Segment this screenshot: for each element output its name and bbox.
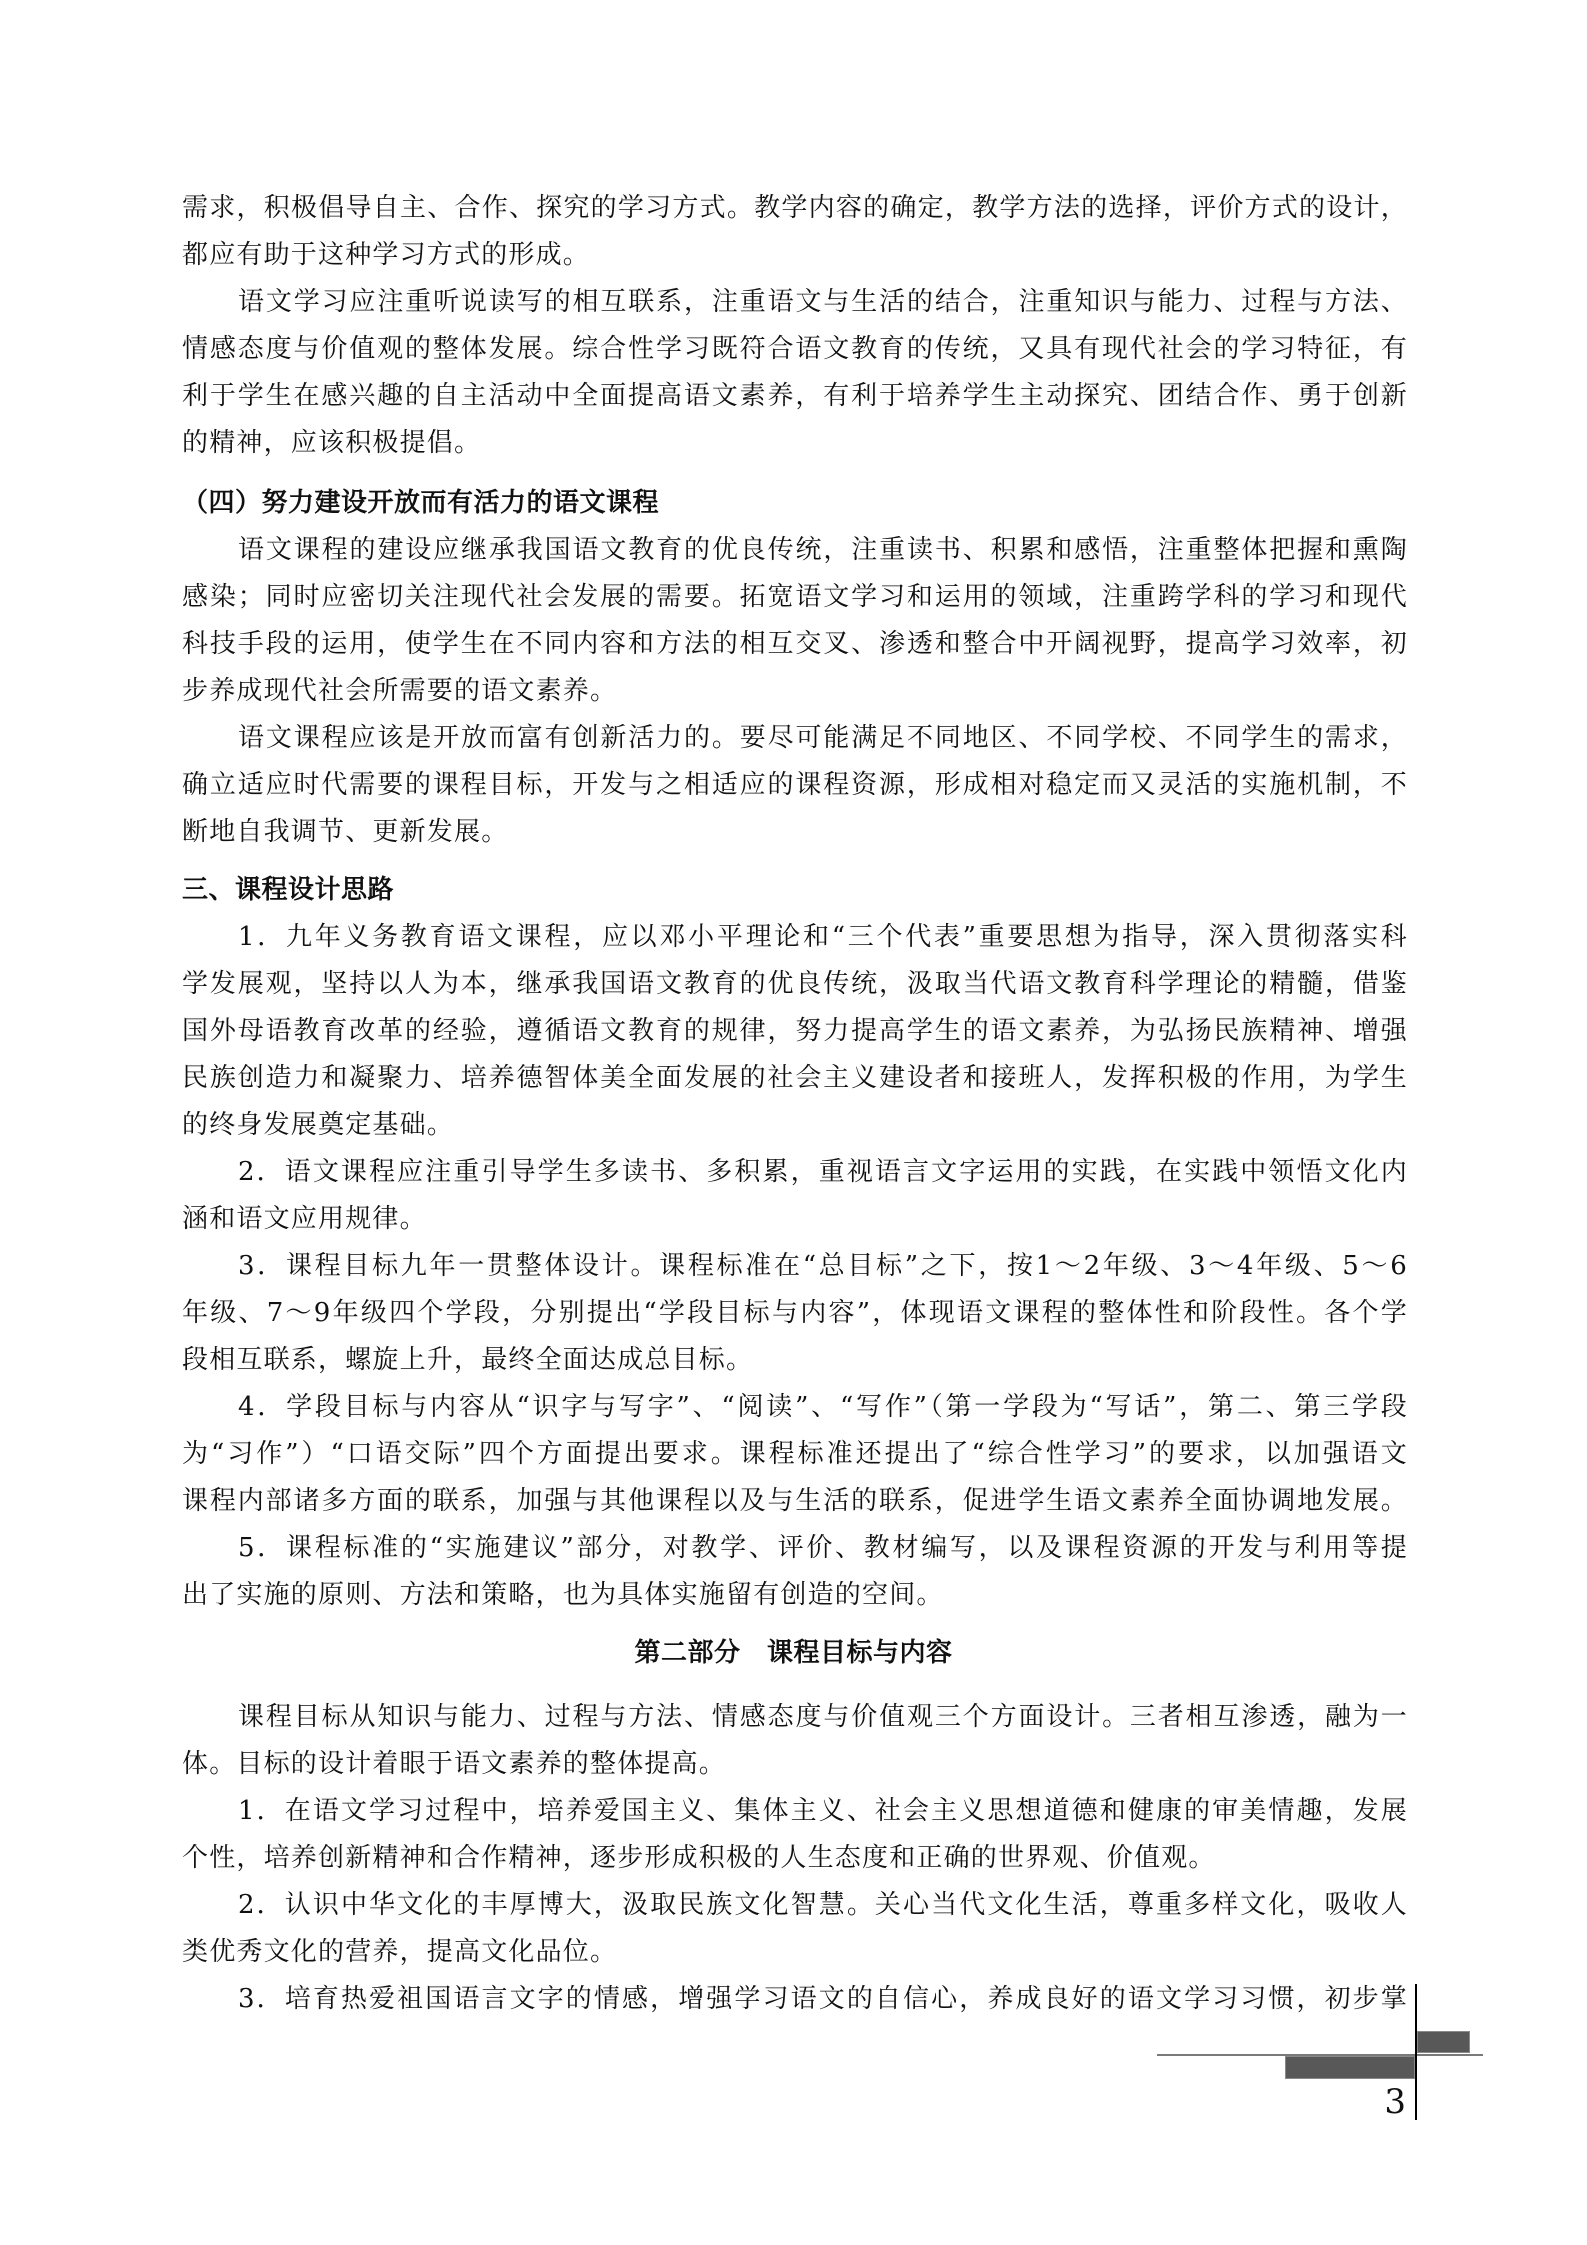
- text-line: 3．课程目标九年一贯整体设计。课程标准在“总目标”之下，按1～2年级、3～4年级…: [182, 1250, 1408, 1282]
- text-line: 需求，积极倡导自主、合作、探究的学习方式。教学内容的确定，教学方法的选择，评价方…: [182, 192, 1408, 224]
- text-line: 情感态度与价值观的整体发展。综合性学习既符合语文教育的传统，又具有现代社会的学习…: [182, 333, 1408, 365]
- part-heading: 第二部分 课程目标与内容: [0, 1637, 1587, 1669]
- text-line: 语文课程应该是开放而富有创新活力的。要尽可能满足不同地区、不同学校、不同学生的需…: [182, 722, 1408, 754]
- text-line: 国外母语教育改革的经验，遵循语文教育的规律，努力提高学生的语文素养，为弘扬民族精…: [182, 1015, 1408, 1047]
- subheading: （四）努力建设开放而有活力的语文课程: [182, 487, 659, 519]
- text-line: 1．九年义务教育语文课程，应以邓小平理论和“三个代表”重要思想为指导，深入贯彻落…: [182, 921, 1408, 953]
- text-line: 课程目标从知识与能力、过程与方法、情感态度与价值观三个方面设计。三者相互渗透，融…: [182, 1701, 1408, 1733]
- text-line: 确立适应时代需要的课程目标，开发与之相适应的课程资源，形成相对稳定而又灵活的实施…: [182, 769, 1408, 801]
- text-line: 的终身发展奠定基础。: [182, 1109, 1408, 1141]
- footer-ornament-block: [1285, 2056, 1415, 2079]
- text-line: 年级、7～9年级四个学段，分别提出“学段目标与内容”，体现语文课程的整体性和阶段…: [182, 1297, 1408, 1329]
- text-line: 利于学生在感兴趣的自主活动中全面提高语文素养，有利于培养学生主动探究、团结合作、…: [182, 380, 1408, 412]
- section-heading: 三、课程设计思路: [182, 874, 394, 906]
- text-line: 段相互联系，螺旋上升，最终全面达成总目标。: [182, 1344, 1408, 1376]
- text-line: 民族创造力和凝聚力、培养德智体美全面发展的社会主义建设者和接班人，发挥积极的作用…: [182, 1062, 1408, 1094]
- text-line: 断地自我调节、更新发展。: [182, 816, 1408, 848]
- page-number: 3: [1372, 2084, 1406, 2120]
- text-line: 2．认识中华文化的丰厚博大，汲取民族文化智慧。关心当代文化生活，尊重多样文化，吸…: [182, 1889, 1408, 1921]
- footer-vertical-rule: [1415, 1984, 1417, 2120]
- text-line: 步养成现代社会所需要的语文素养。: [182, 675, 1408, 707]
- text-line: 为“习作”）“口语交际”四个方面提出要求。课程标准还提出了“综合性学习”的要求，…: [182, 1438, 1408, 1470]
- text-line: 1．在语文学习过程中，培养爱国主义、集体主义、社会主义思想道德和健康的审美情趣，…: [182, 1795, 1408, 1827]
- text-line: 个性，培养创新精神和合作精神，逐步形成积极的人生态度和正确的世界观、价值观。: [182, 1842, 1408, 1874]
- text-line: 感染；同时应密切关注现代社会发展的需要。拓宽语文学习和运用的领域，注重跨学科的学…: [182, 581, 1408, 613]
- text-line: 的精神，应该积极提倡。: [182, 427, 1408, 459]
- text-line: 学发展观，坚持以人为本，继承我国语文教育的优良传统，汲取当代语文教育科学理论的精…: [182, 968, 1408, 1000]
- text-line: 课程内部诸多方面的联系，加强与其他课程以及与生活的联系，促进学生语文素养全面协调…: [182, 1485, 1408, 1517]
- text-line: 语文课程的建设应继承我国语文教育的优良传统，注重读书、积累和感悟，注重整体把握和…: [182, 534, 1408, 566]
- text-line: 涵和语文应用规律。: [182, 1203, 1408, 1235]
- text-line: 类优秀文化的营养，提高文化品位。: [182, 1936, 1408, 1968]
- text-line: 科技手段的运用，使学生在不同内容和方法的相互交叉、渗透和整合中开阔视野，提高学习…: [182, 628, 1408, 660]
- text-line: 都应有助于这种学习方式的形成。: [182, 239, 1408, 271]
- text-line: 2．语文课程应注重引导学生多读书、多积累，重视语言文字运用的实践，在实践中领悟文…: [182, 1156, 1408, 1188]
- text-line: 体。目标的设计着眼于语文素养的整体提高。: [182, 1748, 1408, 1780]
- text-line: 5．课程标准的“实施建议”部分，对教学、评价、教材编写，以及课程资源的开发与利用…: [182, 1532, 1408, 1564]
- document-page: 需求，积极倡导自主、合作、探究的学习方式。教学内容的确定，教学方法的选择，评价方…: [0, 0, 1587, 2245]
- footer-ornament-block: [1417, 2031, 1470, 2053]
- text-line: 出了实施的原则、方法和策略，也为具体实施留有创造的空间。: [182, 1579, 1408, 1611]
- text-line: 4．学段目标与内容从“识字与写字”、“阅读”、“写作”（第一学段为“写话”，第二…: [182, 1391, 1408, 1423]
- text-line: 3．培育热爱祖国语言文字的情感，增强学习语文的自信心，养成良好的语文学习习惯，初…: [182, 1983, 1408, 2015]
- text-line: 语文学习应注重听说读写的相互联系，注重语文与生活的结合，注重知识与能力、过程与方…: [182, 286, 1408, 318]
